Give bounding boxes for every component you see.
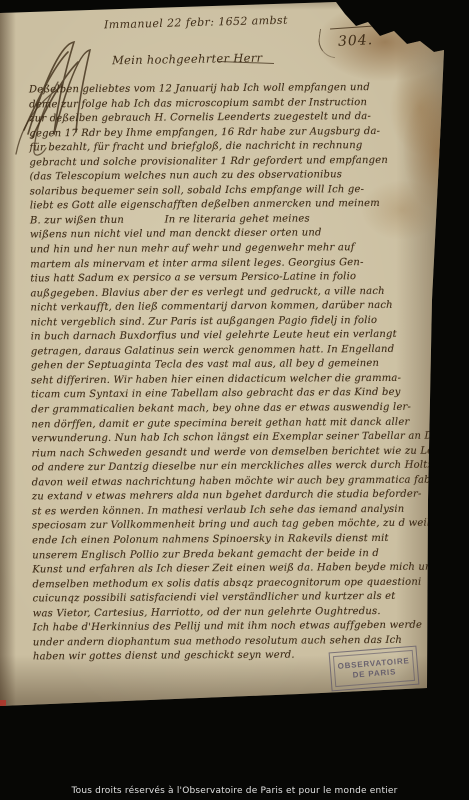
folio-number: 304. <box>338 32 374 50</box>
manuscript-line: gegen 17 Rdr bey Ihme empfangen, 16 Rdr … <box>29 124 429 141</box>
manuscript-photo: Immanuel 22 febr: 1652 ambst 304. Mein h… <box>0 0 469 800</box>
letter-body: Deßelben geliebtes vom 12 Januarij hab I… <box>29 81 433 666</box>
folio-flourish <box>316 29 339 58</box>
archival-date-note: Immanuel 22 febr: 1652 ambst <box>104 14 288 32</box>
manuscript-line: liebt es Gott alle eigenschafften deßelb… <box>30 197 430 214</box>
observatoire-stamp: OBSERVATOIRE DE PARIS <box>329 646 420 692</box>
copyright-caption: Tous droits réservés à l'Observatoire de… <box>0 786 469 796</box>
manuscript-page: Immanuel 22 febr: 1652 ambst 304. Mein h… <box>0 0 469 715</box>
pen-stroke <box>330 25 374 29</box>
manuscript-line: Deßelben geliebtes vom 12 Januarij hab I… <box>29 81 429 98</box>
red-edge-mark <box>0 700 6 709</box>
salutation: Mein hochgeehrter Herr <box>112 51 263 68</box>
stamp-line-2: DE PARIS <box>352 667 396 679</box>
